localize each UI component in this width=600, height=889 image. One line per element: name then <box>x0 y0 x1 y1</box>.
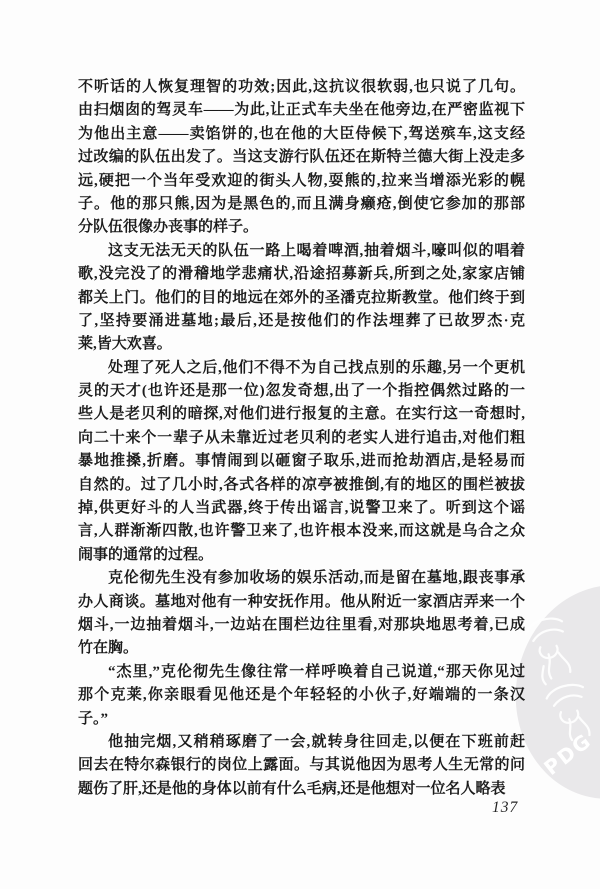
paragraph: 处理了死人之后,他们不得不为自己找点别的乐趣,另一个更机灵的天才(也许还是那一位… <box>78 357 525 568</box>
text-line: 办人商谈。墓地对他有一种安抚作用。他从附近一家酒店弄来一个 <box>78 591 525 614</box>
text-line: 歌,没完没了的滑稽地学悲痛状,沿途招募新兵,所到之处,家家店铺 <box>78 263 525 286</box>
text-line: 向二十来个一辈子从未靠近过老贝利的老实人进行追击,对他们粗 <box>78 427 525 450</box>
text-line: 回去在特尔森银行的岗位上露面。与其说他因为思考人生无常的问 <box>78 754 525 777</box>
paragraph: 他抽完烟,又稍稍琢磨了一会,就转身往回走,以便在下班前赶回去在特尔森银行的岗位上… <box>78 731 525 801</box>
text-line: 子。他的那只熊,因为是黑色的,而且满身癞疮,倒使它参加的那部 <box>78 193 525 216</box>
page-number: 137 <box>492 799 532 817</box>
text-line: 言,人群渐渐四散,也许警卫来了,也许根本没来,而这就是乌合之众 <box>78 520 525 543</box>
paragraph: 克伦彻先生没有参加收场的娱乐活动,而是留在墓地,跟丧事承办人商谈。墓地对他有一种… <box>78 567 525 661</box>
text-line: 闹事的通常的过程。 <box>78 544 525 567</box>
text-line: 他抽完烟,又稍稍琢磨了一会,就转身往回走,以便在下班前赶 <box>78 731 525 754</box>
text-line: 处理了死人之后,他们不得不为自己找点别的乐趣,另一个更机 <box>78 357 525 380</box>
text-line: 子。” <box>78 708 525 731</box>
text-block: 不听话的人恢复理智的功效;因此,这抗议很软弱,也只说了几句。由扫烟囱的驾灵车——… <box>78 76 525 801</box>
pdg-label: PDG <box>539 728 596 780</box>
text-line: 由扫烟囱的驾灵车——为此,让正式车夫坐在他旁边,在严密监视下 <box>78 99 525 122</box>
text-line: 分队伍很像办丧事的样子。 <box>78 216 525 239</box>
text-line: 灵的天才(也许还是那一位)忽发奇想,出了一个指控偶然过路的一 <box>78 380 525 403</box>
text-line: 掉,供更好斗的人当武器,终于传出谣言,说警卫来了。听到这个谣 <box>78 497 525 520</box>
text-line: 自然的。过了几小时,各式各样的凉亭被推倒,有的地区的围栏被拔 <box>78 474 525 497</box>
paragraph: 这支无法无天的队伍一路上喝着啤酒,抽着烟斗,嚎叫似的唱着歌,没完没了的滑稽地学悲… <box>78 240 525 357</box>
text-line: 竹在胸。 <box>78 637 525 660</box>
text-line: 题伤了肝,还是他的身体以前有什么毛病,还是他想对一位名人略表 <box>78 778 525 801</box>
text-line: 为他出主意——卖馅饼的,也在他的大臣侍候下,驾送殡车,这支经 <box>78 123 525 146</box>
text-line: 莱,皆大欢喜。 <box>78 333 525 356</box>
text-line: 些人是老贝利的暗探,对他们进行报复的主意。在实行这一奇想时, <box>78 403 525 426</box>
text-line: “杰里,”克伦彻先生像往常一样呼唤着自己说道,“那天你见过 <box>78 661 525 684</box>
text-line: 烟斗,一边抽着烟斗,一边站在围栏边往里看,对那块地思考着,已成 <box>78 614 525 637</box>
text-line: 这支无法无天的队伍一路上喝着啤酒,抽着烟斗,嚎叫似的唱着 <box>78 240 525 263</box>
text-line: 克伦彻先生没有参加收场的娱乐活动,而是留在墓地,跟丧事承 <box>78 567 525 590</box>
text-line: 不听话的人恢复理智的功效;因此,这抗议很软弱,也只说了几句。 <box>78 76 525 99</box>
paragraph: “杰里,”克伦彻先生像往常一样呼唤着自己说道,“那天你见过那个克莱,你亲眼看见他… <box>78 661 525 731</box>
text-line: 都关上门。他们的目的地远在郊外的圣潘克拉斯教堂。他们终于到 <box>78 287 525 310</box>
text-line: 了,坚持要涌进墓地;最后,还是按他们的作法埋葬了已故罗杰·克 <box>78 310 525 333</box>
text-line: 过改编的队伍出发了。当这支游行队伍还在斯特兰德大街上没走多 <box>78 146 525 169</box>
paragraph: 不听话的人恢复理智的功效;因此,这抗议很软弱,也只说了几句。由扫烟囱的驾灵车——… <box>78 76 525 240</box>
text-line: 那个克莱,你亲眼看见他还是个年轻轻的小伙子,好端端的一条汉 <box>78 684 525 707</box>
text-line: 暴地推搡,折磨。事情闹到以砸窗子取乐,进而抢劫酒店,是轻易而 <box>78 450 525 473</box>
book-page: PDG 不听话的人恢复理智的功效;因此,这抗议很软弱,也只说了几句。由扫烟囱的驾… <box>0 0 600 889</box>
text-line: 远,硬把一个当年受欢迎的街头人物,耍熊的,拉来当增添光彩的幌 <box>78 170 525 193</box>
